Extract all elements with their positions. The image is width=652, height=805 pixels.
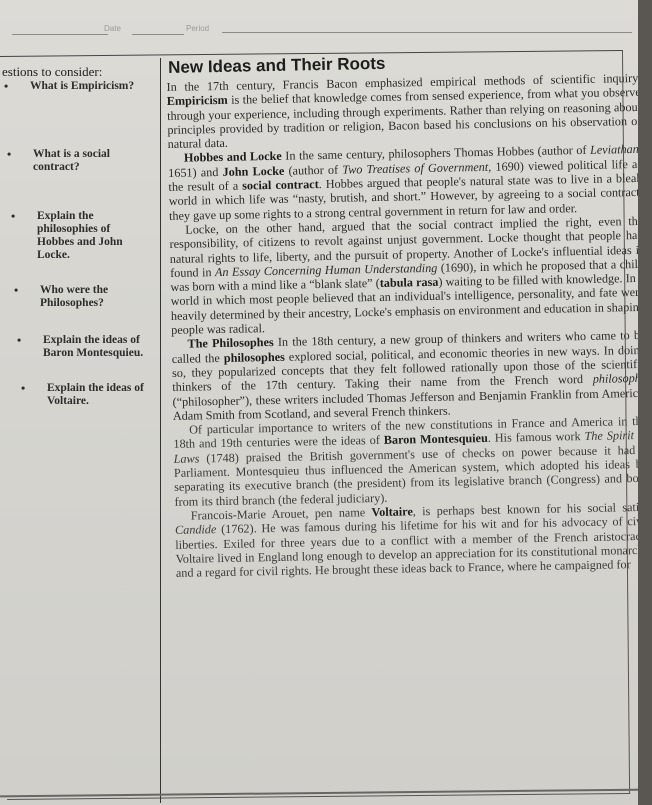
date-label: Date xyxy=(104,24,121,33)
bullet-icon: • xyxy=(7,148,11,161)
questions-sidebar: estions to consider: • What is Empiricis… xyxy=(0,58,161,803)
question-item: • Explain the ideas of Voltaire. xyxy=(47,382,165,408)
paragraph-locke: Locke, on the other hand, argued that th… xyxy=(169,214,645,337)
paragraph-philosophes: The Philosophes In the 18th century, a n… xyxy=(171,328,647,423)
bullet-icon: • xyxy=(14,284,18,297)
paragraph-voltaire: Francois-Marie Arouet, pen name Voltaire… xyxy=(175,500,650,581)
question-item: • What is a social contract? xyxy=(33,148,153,174)
question-item: • Explain the philosophies of Hobbes and… xyxy=(37,210,133,262)
paragraph-empiricism: In the 17th century, Francis Bacon empha… xyxy=(166,71,641,152)
question-item: • What is Empiricism? xyxy=(30,80,150,93)
bullet-icon: • xyxy=(11,210,15,223)
bullet-icon: • xyxy=(21,382,25,395)
period-blank-line xyxy=(222,32,632,33)
date-blank-line xyxy=(132,34,184,35)
article: New Ideas and Their Roots In the 17th ce… xyxy=(166,49,650,580)
paragraph-montesquieu: Of particular importance to writers of t… xyxy=(173,414,649,509)
worksheet-page: Date Period estions to consider: • What … xyxy=(0,0,640,805)
question-item: • Explain the ideas of Baron Montesquieu… xyxy=(43,334,161,360)
bullet-icon: • xyxy=(4,80,8,93)
name-blank-line xyxy=(12,34,108,35)
question-item: • Who were the Philosophes? xyxy=(40,284,136,310)
questions-heading: estions to consider: xyxy=(2,64,102,80)
page-edge-shadow xyxy=(638,0,652,805)
paragraph-hobbes-locke: Hobbes and Locke In the same century, ph… xyxy=(168,142,643,223)
period-label: Period xyxy=(186,24,209,33)
bullet-icon: • xyxy=(17,334,21,347)
